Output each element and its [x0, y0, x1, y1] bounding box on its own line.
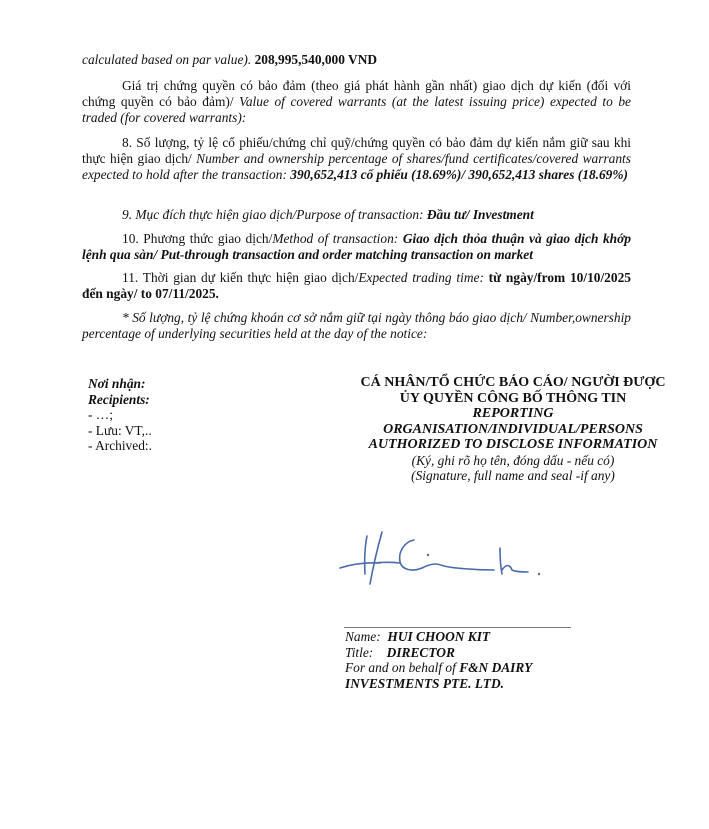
recipient-item: - Archived:.	[88, 438, 268, 454]
recipients-block: Nơi nhận: Recipients: - …; - Lưu: VT,.. …	[88, 376, 268, 454]
item-10-en: Method of transaction:	[272, 231, 398, 246]
par-value-label: calculated based on par value).	[82, 52, 251, 67]
par-value-amount: 208,995,540,000 VND	[255, 52, 378, 67]
par-value-line: calculated based on par value). 208,995,…	[82, 52, 631, 68]
signatory-heading-block: CÁ NHÂN/TỔ CHỨC BÁO CÁO/ NGƯỜI ĐƯỢC ỦY Q…	[348, 375, 678, 484]
company-name-line-2: INVESTMENTS PTE. LTD.	[345, 676, 605, 692]
handwritten-signature	[334, 518, 574, 598]
name-label: Name:	[345, 629, 381, 644]
item-11-en: Expected trading time:	[358, 270, 484, 285]
item-8-holding-after: 8. Số lượng, tỷ lệ cổ phiếu/chứng chỉ qu…	[82, 135, 631, 183]
behalf-label: For and on behalf of	[345, 660, 456, 675]
signature-note-vi: (Ký, ghi rõ họ tên, đóng dấu - nếu có)	[348, 453, 678, 469]
signatory-heading-en-2: ORGANISATION/INDIVIDUAL/PERSONS	[348, 422, 678, 438]
signatory-heading-en-1: REPORTING	[348, 406, 678, 422]
signature-line	[344, 627, 571, 628]
company-name-line-1: F&N DAIRY	[459, 660, 532, 675]
item-11-vi: 11. Thời gian dự kiến thực hiện giao dịc…	[122, 270, 358, 285]
recipients-label-vi: Nơi nhận:	[88, 376, 268, 392]
item-10-vi: 10. Phương thức giao dịch/	[122, 231, 272, 246]
name-value: HUI CHOON KIT	[387, 629, 490, 644]
title-value: DIRECTOR	[387, 645, 455, 660]
covered-warrant-value: Giá trị chứng quyền có bảo đảm (theo giá…	[82, 78, 631, 126]
item-9-value: Đầu tư/ Investment	[427, 207, 534, 222]
item-9-en: Purpose of transaction:	[296, 207, 423, 222]
recipient-item: - Lưu: VT,..	[88, 423, 268, 439]
signatory-name-row: Name: HUI CHOON KIT	[345, 629, 605, 645]
item-8-value: 390,652,413 cổ phiếu (18.69%)/ 390,652,4…	[290, 167, 628, 182]
item-9-vi: 9. Mục đích thực hiện giao dịch/	[122, 207, 296, 222]
signatory-title-row: Title: DIRECTOR	[345, 645, 605, 661]
signatory-heading-vi-2: ỦY QUYỀN CÔNG BỐ THÔNG TIN	[348, 391, 678, 407]
item-10-method: 10. Phương thức giao dịch/Method of tran…	[82, 231, 631, 263]
recipients-label-en: Recipients:	[88, 392, 268, 408]
recipient-item: - …;	[88, 407, 268, 423]
item-11-trading-time: 11. Thời gian dự kiến thực hiện giao dịc…	[82, 270, 631, 302]
item-9-purpose: 9. Mục đích thực hiện giao dịch/Purpose …	[82, 207, 631, 223]
footnote: * Số lượng, tỷ lệ chứng khoán cơ sở nắm …	[82, 310, 631, 342]
signatory-behalf-row: For and on behalf of F&N DAIRY	[345, 660, 605, 676]
signatory-heading-vi-1: CÁ NHÂN/TỔ CHỨC BÁO CÁO/ NGƯỜI ĐƯỢC	[348, 375, 678, 391]
signatory-details: Name: HUI CHOON KIT Title: DIRECTOR For …	[345, 629, 605, 691]
title-label: Title:	[345, 645, 373, 660]
signature-note-en: (Signature, full name and seal -if any)	[348, 468, 678, 484]
signatory-heading-en-3: AUTHORIZED TO DISCLOSE INFORMATION	[348, 437, 678, 453]
